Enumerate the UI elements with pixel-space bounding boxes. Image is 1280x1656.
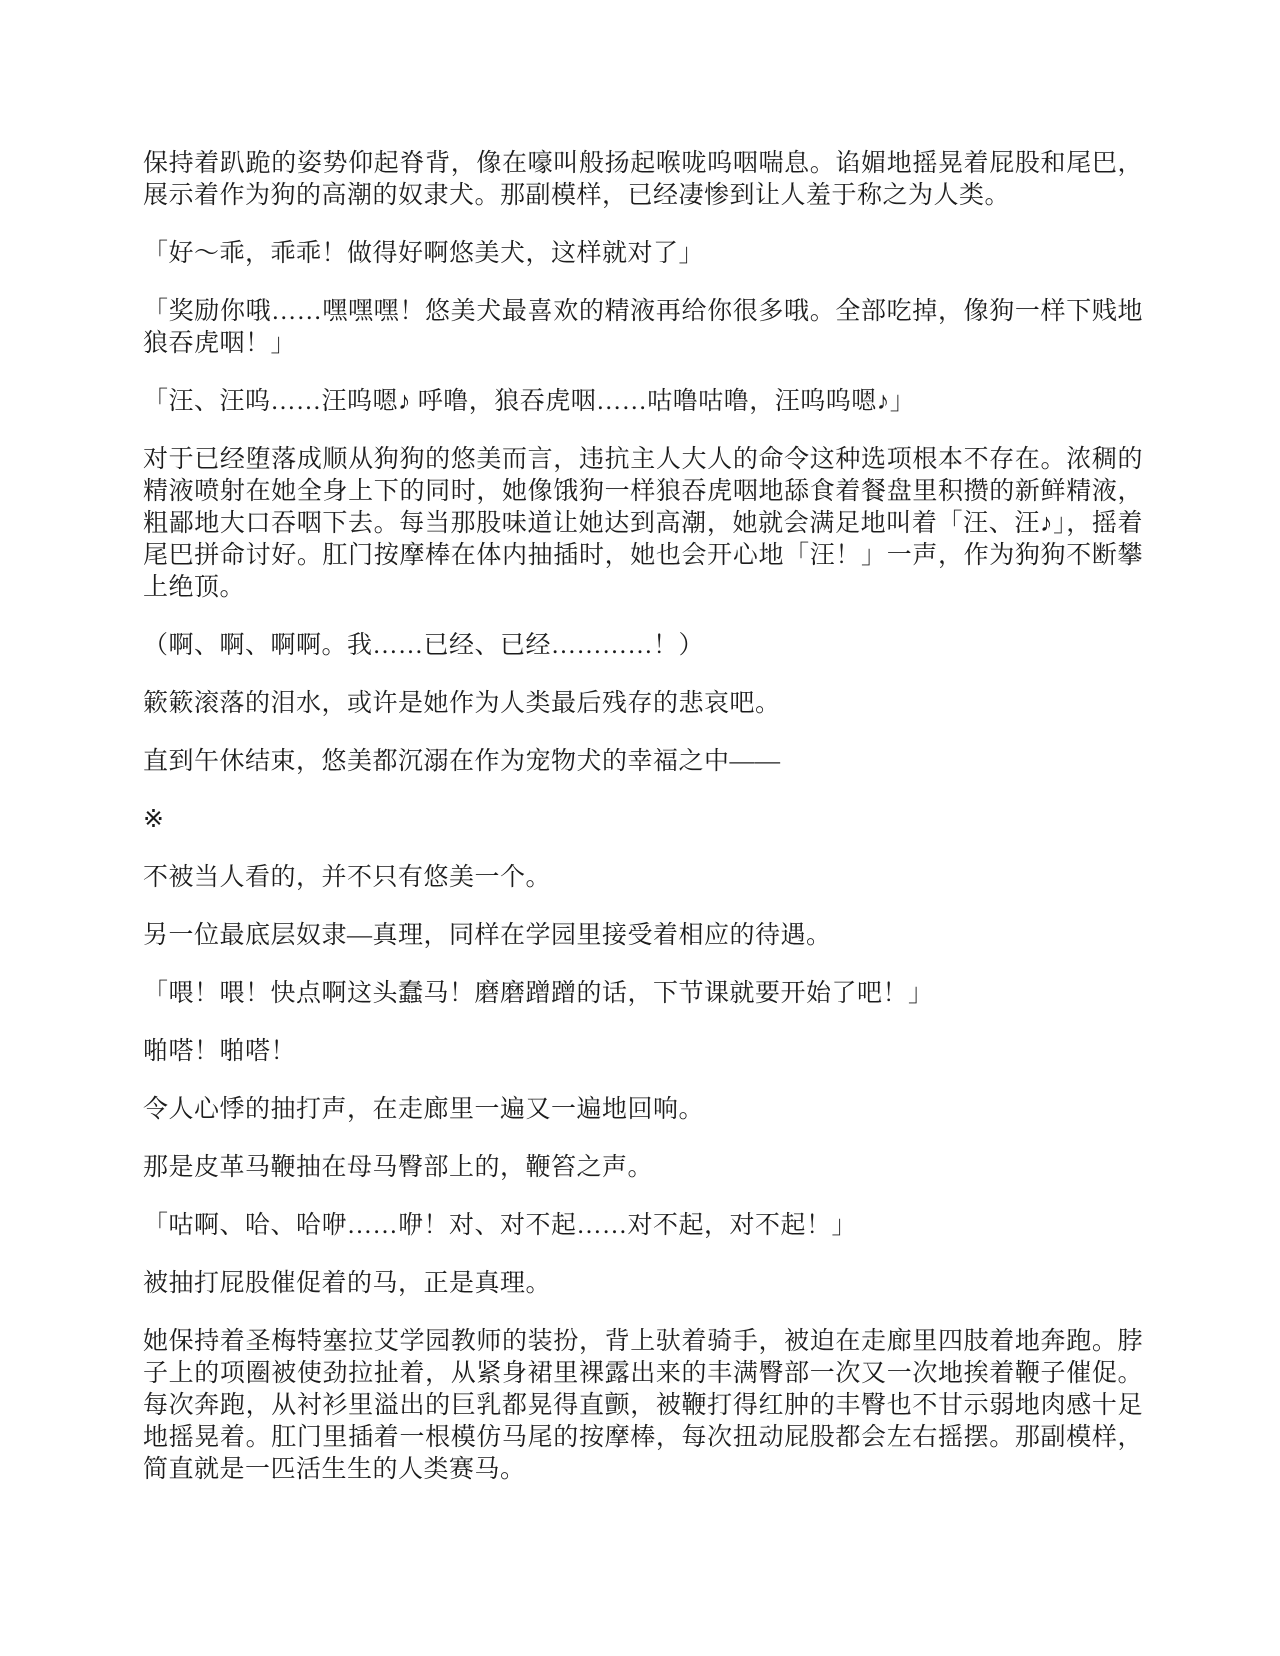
section-divider: ※ (143, 804, 1143, 836)
text-paragraph: 「好～乖，乖乖！做得好啊悠美犬，这样就对了」 (143, 238, 1143, 270)
text-paragraph: 「咕啊、哈、哈咿……咿！对、对不起……对不起，对不起！」 (143, 1210, 1143, 1242)
page-text: 保持着趴跪的姿势仰起脊背，像在嚎叫般扬起喉咙呜咽喘息。谄媚地摇晃着屁股和尾巴，展… (143, 148, 1143, 1486)
text-paragraph: 另一位最底层奴隶—真理，同样在学园里接受着相应的待遇。 (143, 920, 1143, 952)
text-paragraph: 「喂！喂！快点啊这头蠢马！磨磨蹭蹭的话，下节课就要开始了吧！」 (143, 978, 1143, 1010)
text-paragraph: 簌簌滚落的泪水，或许是她作为人类最后残存的悲哀吧。 (143, 688, 1143, 720)
text-paragraph: 那是皮革马鞭抽在母马臀部上的，鞭笞之声。 (143, 1152, 1143, 1184)
text-paragraph: （啊、啊、啊啊。我……已经、已经…………！） (143, 630, 1143, 662)
text-paragraph: 啪嗒！啪嗒！ (143, 1036, 1143, 1068)
text-paragraph: 她保持着圣梅特塞拉艾学园教师的装扮，背上驮着骑手，被迫在走廊里四肢着地奔跑。脖子… (143, 1326, 1143, 1486)
text-paragraph: 令人心悸的抽打声，在走廊里一遍又一遍地回响。 (143, 1094, 1143, 1126)
text-paragraph: 「奖励你哦……嘿嘿嘿！悠美犬最喜欢的精液再给你很多哦。全部吃掉，像狗一样下贱地狼… (143, 296, 1143, 360)
text-paragraph: 「汪、汪呜……汪呜嗯♪ 呼噜，狼吞虎咽……咕噜咕噜，汪呜呜嗯♪」 (143, 386, 1143, 418)
text-paragraph: 保持着趴跪的姿势仰起脊背，像在嚎叫般扬起喉咙呜咽喘息。谄媚地摇晃着屁股和尾巴，展… (143, 148, 1143, 212)
text-paragraph: 被抽打屁股催促着的马，正是真理。 (143, 1268, 1143, 1300)
document-page: 保持着趴跪的姿势仰起脊背，像在嚎叫般扬起喉咙呜咽喘息。谄媚地摇晃着屁股和尾巴，展… (0, 0, 1280, 1656)
text-paragraph: 直到午休结束，悠美都沉溺在作为宠物犬的幸福之中—— (143, 746, 1143, 778)
text-paragraph: 不被当人看的，并不只有悠美一个。 (143, 862, 1143, 894)
text-paragraph: 对于已经堕落成顺从狗狗的悠美而言，违抗主人大人的命令这种选项根本不存在。浓稠的精… (143, 444, 1143, 604)
